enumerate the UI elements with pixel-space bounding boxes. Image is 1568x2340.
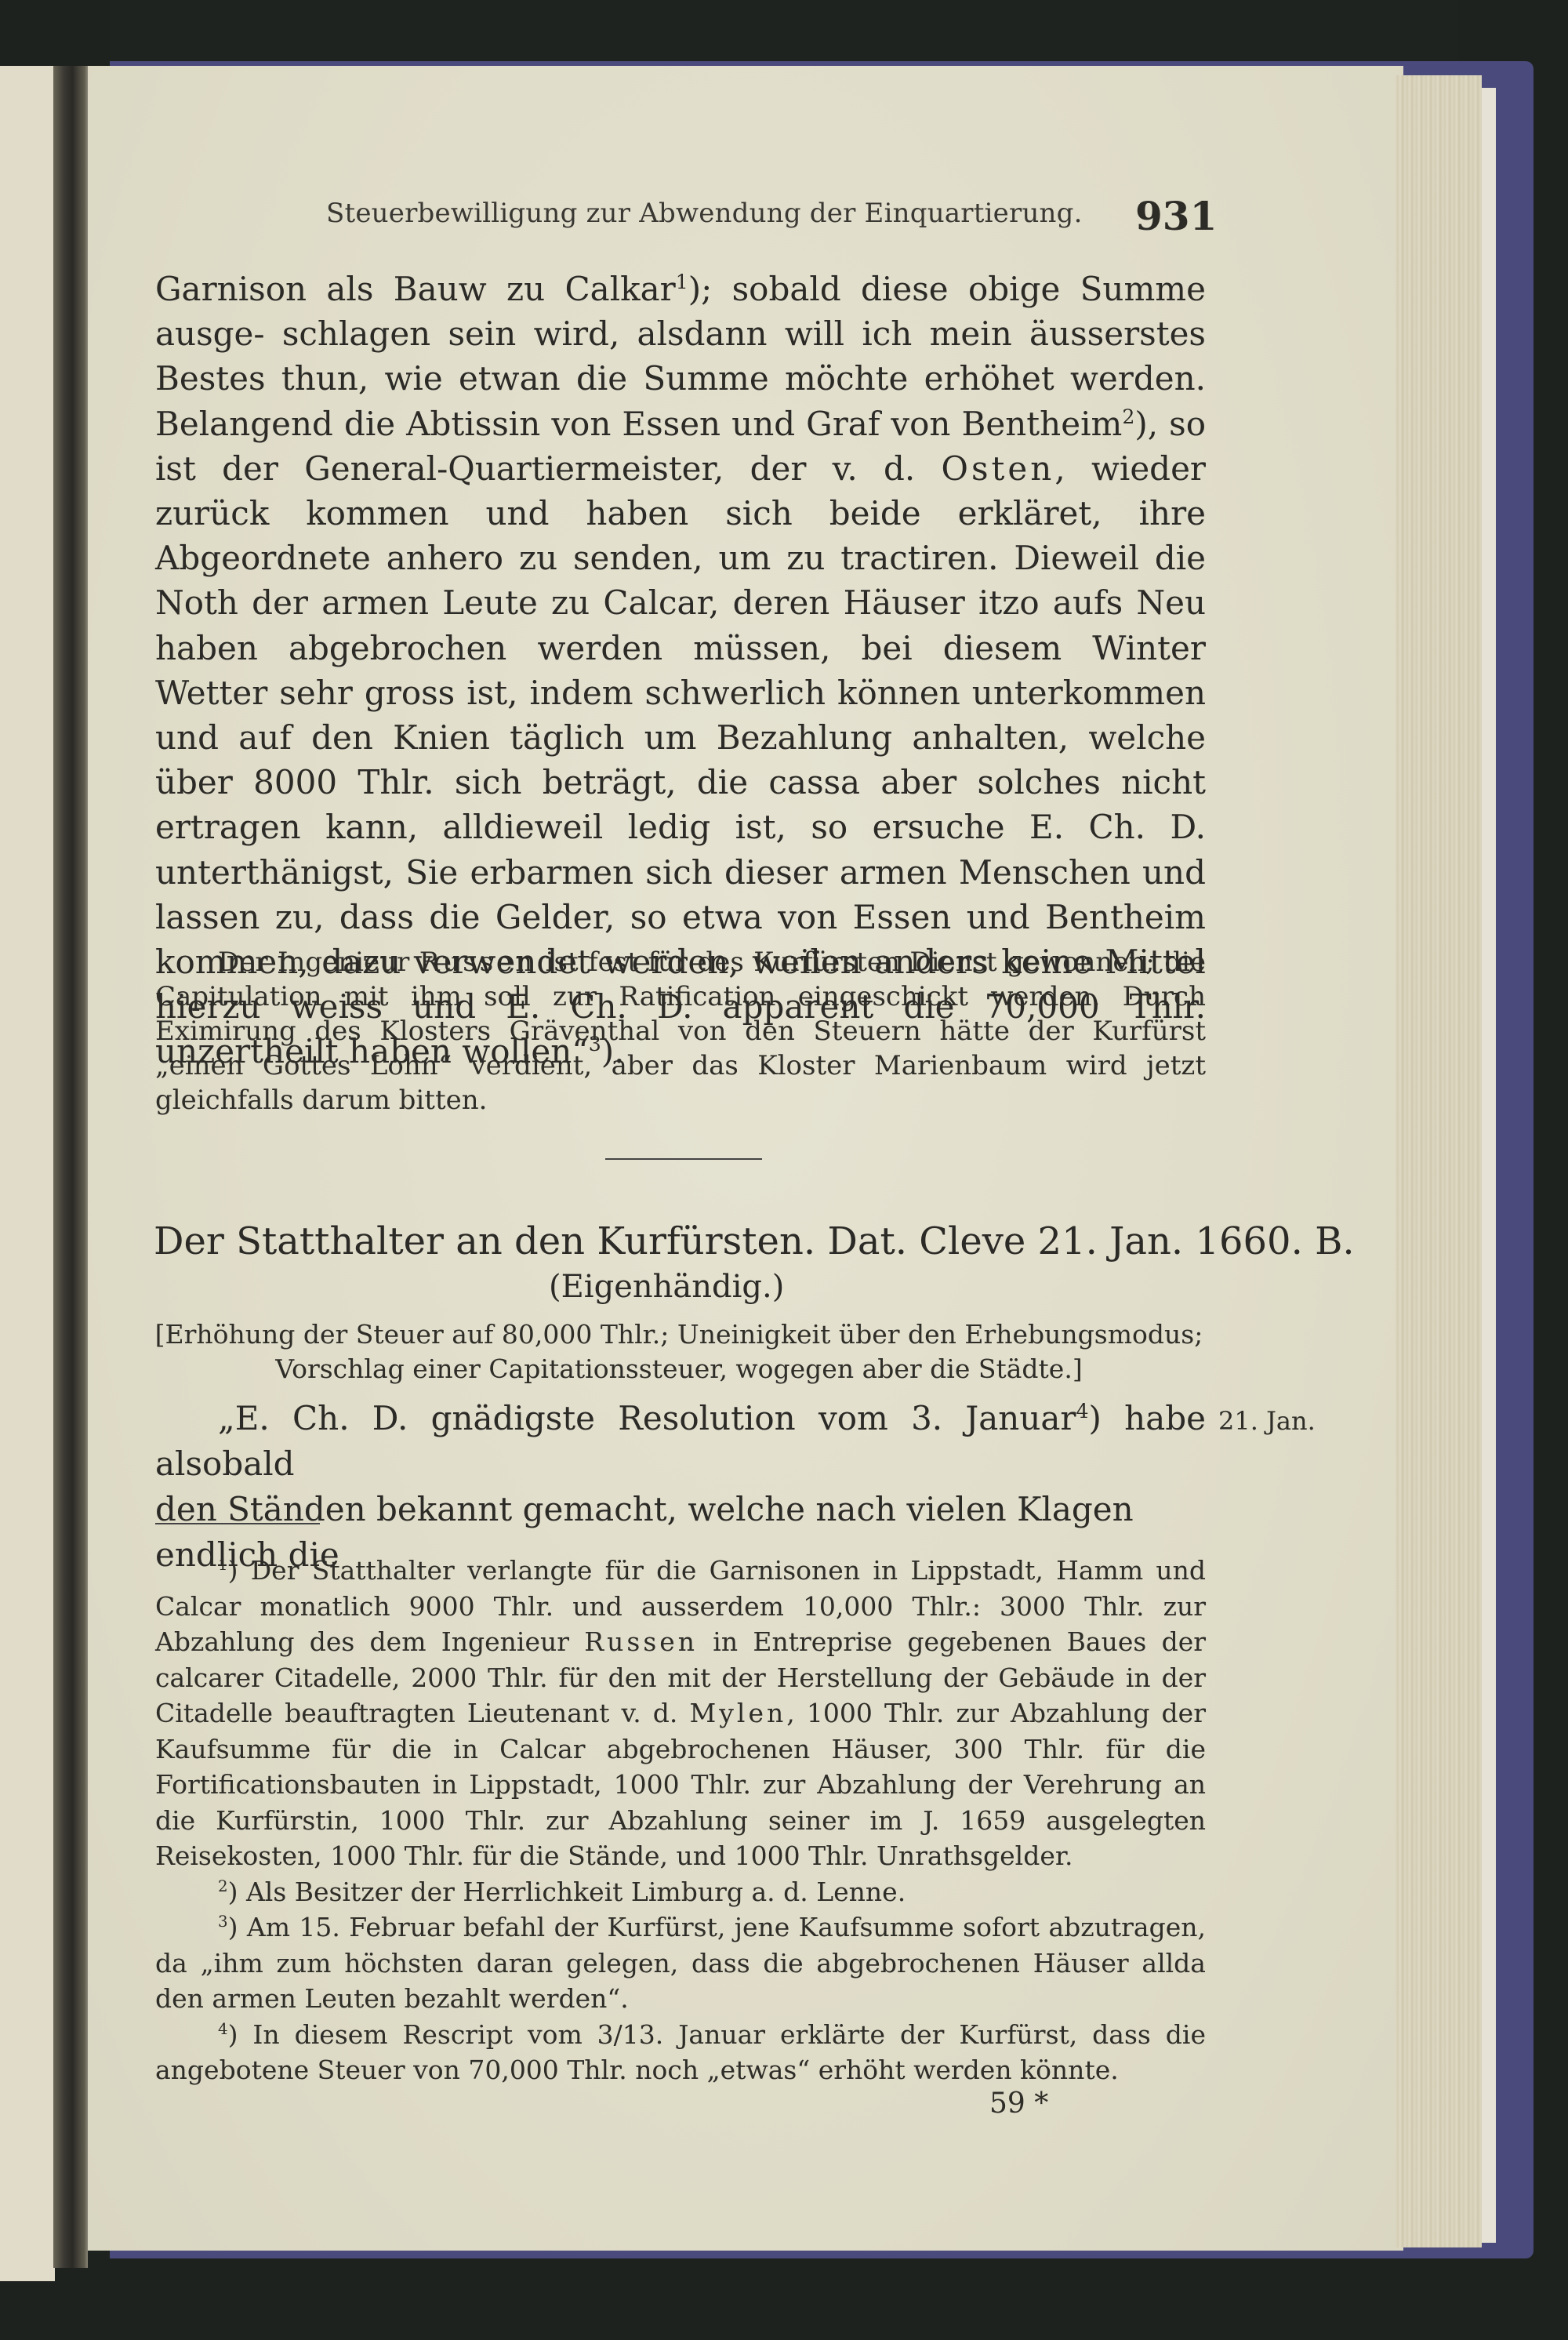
footnote-marker: 4 — [218, 2020, 228, 2038]
footnote-divider — [155, 1523, 320, 1524]
signature-mark: 59 * — [989, 2087, 1048, 2120]
document-subheading: (Eigenhändig.) — [549, 1269, 784, 1305]
person-name: Mylen — [690, 1698, 787, 1728]
body-text-segment: Garnison als Bauw zu Calkar — [155, 270, 676, 308]
person-name: Osten — [942, 449, 1055, 488]
letter-text-segment: „E. Ch. D. gnädigste Resolution vom 3. J… — [218, 1399, 1076, 1437]
summary-line: Vorschlag einer Capitationssteuer, wogeg… — [154, 1352, 1204, 1386]
document-heading: Der Statthalter an den Kurfürsten. Dat. … — [154, 1219, 1251, 1263]
letter-line: „E. Ch. D. gnädigste Resolution vom 3. J… — [155, 1396, 1206, 1487]
summary-text: Der Ingenieur — [218, 947, 419, 978]
footnote-ref[interactable]: 4 — [1076, 1400, 1088, 1423]
book-cover-top — [110, 0, 1458, 66]
footnotes: 1) Der Statthalter verlangte für die Gar… — [155, 1553, 1206, 2088]
body-text-segment: schlagen sein wird, alsdann will ich mei… — [155, 314, 1206, 442]
footnote-text: ) Als Besitzer der Herrlichkeit Limburg … — [228, 1877, 906, 1907]
page-stack-edges — [1396, 75, 1482, 2247]
margin-date-note: 21. Jan. — [1218, 1406, 1316, 1436]
footnote: 4) In diesem Rescript vom 3/13. Januar e… — [155, 2017, 1206, 2088]
left-page-edge — [0, 66, 55, 2281]
footnote: 1) Der Statthalter verlangte für die Gar… — [155, 1553, 1206, 1874]
footnote-marker: 3 — [218, 1913, 228, 1931]
summary-line: [Erhöhung der Steuer auf 80,000 Thlr.; U… — [154, 1317, 1204, 1352]
section-divider — [605, 1158, 762, 1160]
summary-paragraph: Der Ingenieur Russen ist fest für des Ku… — [155, 945, 1206, 1117]
document-summary: [Erhöhung der Steuer auf 80,000 Thlr.; U… — [154, 1317, 1204, 1386]
footnote: 2) Als Besitzer der Herrlichkeit Limburg… — [155, 1874, 1206, 1910]
running-head: Steuerbewilligung zur Abwendung der Einq… — [326, 198, 1083, 229]
footnote: 3) Am 15. Februar befahl der Kurfürst, j… — [155, 1909, 1206, 2017]
footnote-ref[interactable]: 2 — [1122, 405, 1134, 428]
footnote-text: ) In diesem Rescript vom 3/13. Januar er… — [155, 2019, 1206, 2086]
book-gutter — [53, 66, 88, 2268]
footnote-ref[interactable]: 1 — [676, 271, 688, 293]
person-name: Russen — [419, 947, 535, 978]
person-name: Russen — [584, 1626, 698, 1657]
footnote-marker: 1 — [218, 1556, 228, 1574]
page-number: 931 — [1135, 193, 1217, 239]
footnote-text: ) Am 15. Februar befahl der Kurfürst, je… — [155, 1912, 1206, 2014]
editorial-summary: Der Ingenieur Russen ist fest für des Ku… — [155, 945, 1206, 1117]
page-edge-last — [1482, 88, 1496, 2243]
letter-text: „E. Ch. D. gnädigste Resolution vom 3. J… — [155, 1396, 1206, 1578]
footnote-marker: 2 — [218, 1877, 228, 1895]
